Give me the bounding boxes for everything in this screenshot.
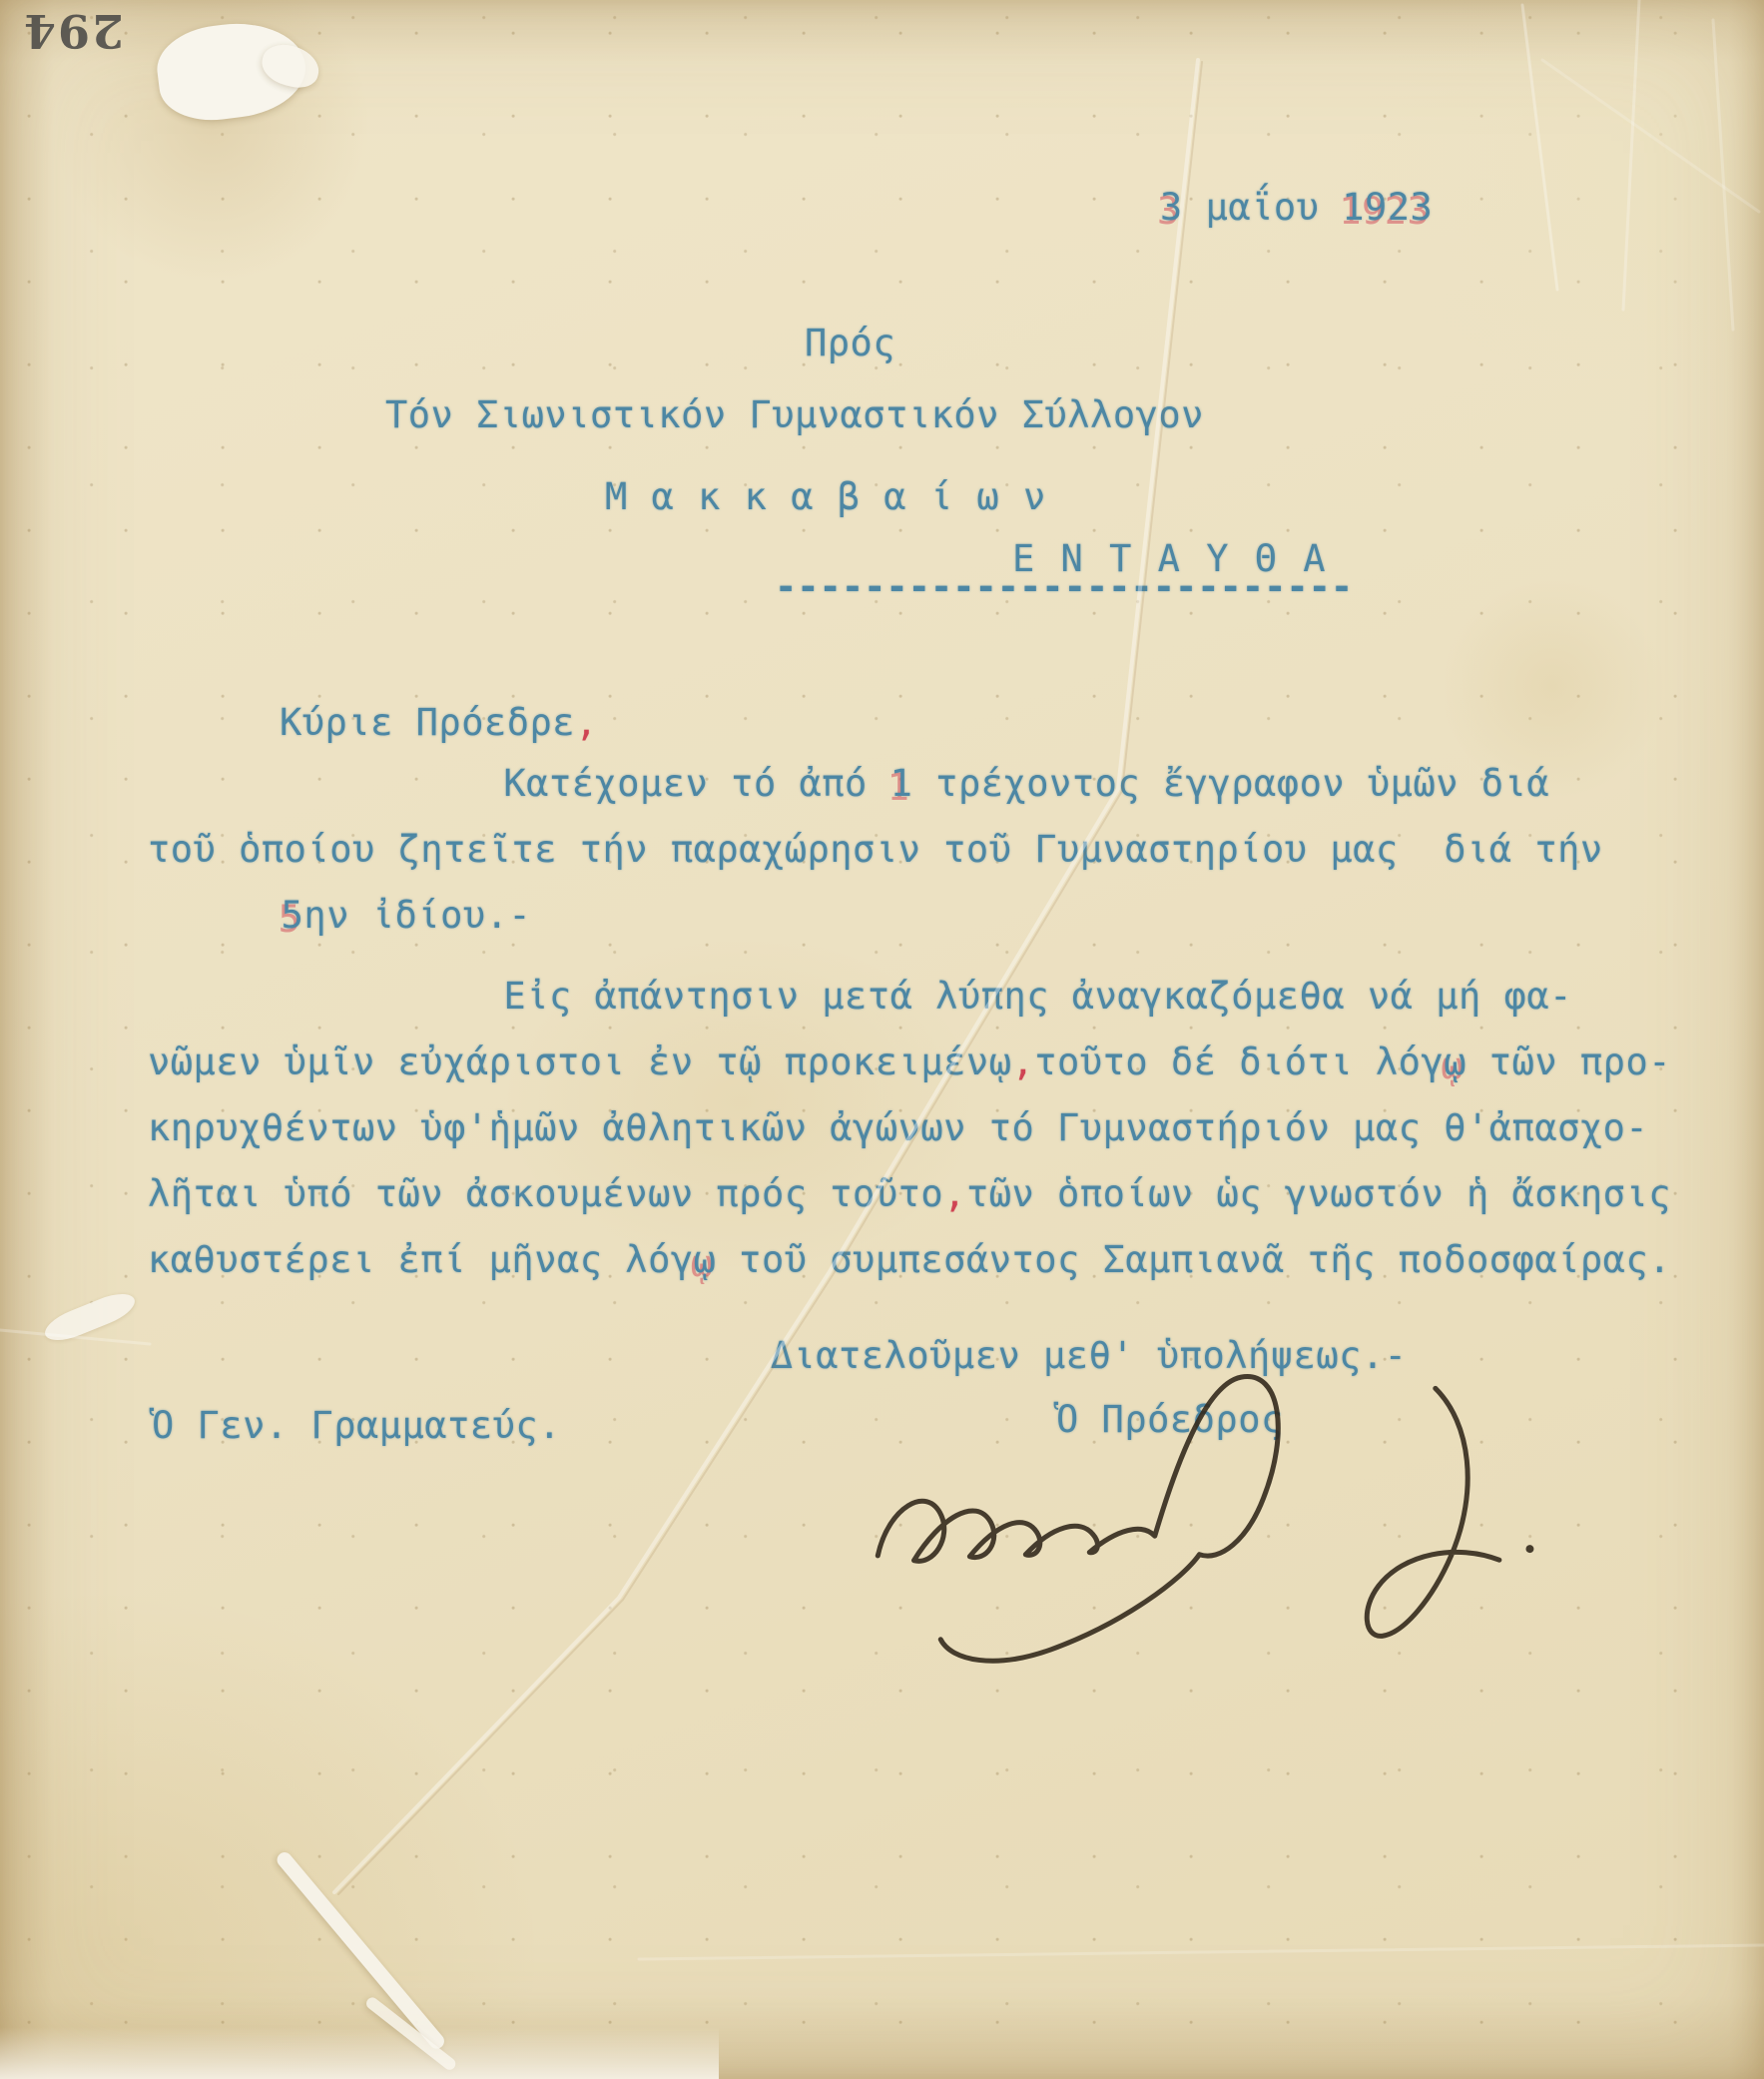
text-segment: τοῦ συμπεσάντος Σαμπιανᾶ τῆς ποδοσφαίρας… — [716, 1238, 1671, 1281]
letter-body-line: Εἰς ἀπάντησιν μετά λύπης ἀναγκαζόμεθα νά… — [148, 964, 1705, 1030]
text-segment: 5 — [282, 894, 304, 937]
text-segment: τοῦτο δέ διότι λόγ — [1034, 1040, 1444, 1083]
letter-body-line: νῶμεν ὑμῖν εὐχάριστοι ἐν τῷ προκειμένῳ,τ… — [148, 1030, 1705, 1095]
text-segment: τῶν ὁποίων ὡς γνωστόν ἡ ἄσκησις — [966, 1172, 1671, 1215]
letter-body-line: Κατέχομεν τό ἀπό 1 τρέχοντος ἔγγραφον ὑμ… — [148, 751, 1705, 817]
letter-body-line: καθυστέρει ἐπί μῆνας λόγῳ τοῦ συμπεσάντο… — [148, 1227, 1705, 1293]
text-segment: Κύριε Πρόεδρε — [280, 701, 575, 744]
letter-recipient-name: Τόν Σιωνιστικόν Γυμναστικόν Σύλλογον — [385, 393, 1204, 436]
letter-body-line: λῆται ὑπό τῶν ἀσκουμένων πρός τοῦτο,τῶν … — [148, 1161, 1705, 1227]
letter-body-line: κηρυχθέντων ὑφ'ἡμῶν ἀθλητικῶν ἀγώνων τό … — [148, 1095, 1705, 1161]
text-segment: τρέχοντος ἔγγραφον ὑμῶν διά — [912, 762, 1549, 805]
text-segment: Διατελοῦμεν μεθ' ὑπολήψεως.- — [771, 1334, 1408, 1377]
scanned-letter-page: { "colors": { "paper": "#ece1c2", "ink":… — [0, 0, 1764, 2079]
signoff-secretary-title: Ὁ Γεν. Γραμματεύς. — [152, 1404, 561, 1447]
letter-date: 3 μαΐου 1923 — [1160, 186, 1433, 229]
text-segment: καθυστέρει ἐπί μῆνας λόγ — [148, 1238, 694, 1281]
letter-place-underline: -------------------------- — [775, 565, 1353, 608]
letter-body-line: 5ην ἰδίου.- — [148, 883, 1705, 949]
text-segment: τῶν προ- — [1467, 1040, 1671, 1083]
text-segment: Εἰς ἀπάντησιν μετά λύπης ἀναγκαζόμεθα νά… — [503, 975, 1571, 1018]
archive-page-number: 294 — [22, 4, 124, 58]
letter-to-label: Πρός — [805, 322, 895, 364]
text-segment: νῶμεν ὑμῖν εὐχάριστοι ἐν τῷ προκειμένῳ — [148, 1040, 1011, 1083]
text-segment: Κατέχομεν τό ἀπό — [503, 762, 889, 805]
text-segment: ῳ — [694, 1238, 717, 1281]
text-segment: , — [943, 1172, 966, 1215]
text-segment: λῆται ὑπό τῶν ἀσκουμένων πρός τοῦτο — [148, 1172, 943, 1215]
text-segment: 1923 — [1342, 186, 1433, 229]
paper-bottom-edge-fade — [0, 2027, 719, 2079]
letter-body-line: τοῦ ὁποίου ζητεῖτε τήν παραχώρησιν τοῦ Γ… — [148, 817, 1705, 883]
signoff-president-title: Ὁ Πρόεδρος — [1056, 1398, 1284, 1441]
text-segment: 3 — [1160, 186, 1206, 229]
letter-salutation: Κύριε Πρόεδρε, — [280, 701, 598, 744]
text-segment: , — [575, 701, 598, 744]
letter-recipient-org: Μ α κ κ α β α ί ω ν — [605, 475, 1046, 518]
text-segment: μαΐου — [1206, 186, 1343, 229]
text-segment: ῳ — [1444, 1040, 1467, 1083]
text-segment: ην ἰδίου.- — [303, 894, 531, 937]
text-segment: , — [1011, 1040, 1034, 1083]
text-segment: κηρυχθέντων ὑφ'ἡμῶν ἀθλητικῶν ἀγώνων τό … — [148, 1106, 1648, 1149]
letter-body-line: Διατελοῦμεν μεθ' ὑπολήψεως.- — [148, 1323, 1705, 1389]
letter-body: Κατέχομεν τό ἀπό 1 τρέχοντος ἔγγραφον ὑμ… — [148, 751, 1705, 1389]
text-segment: τοῦ ὁποίου ζητεῖτε τήν παραχώρησιν τοῦ Γ… — [148, 828, 1603, 871]
text-segment: 1 — [890, 762, 913, 805]
